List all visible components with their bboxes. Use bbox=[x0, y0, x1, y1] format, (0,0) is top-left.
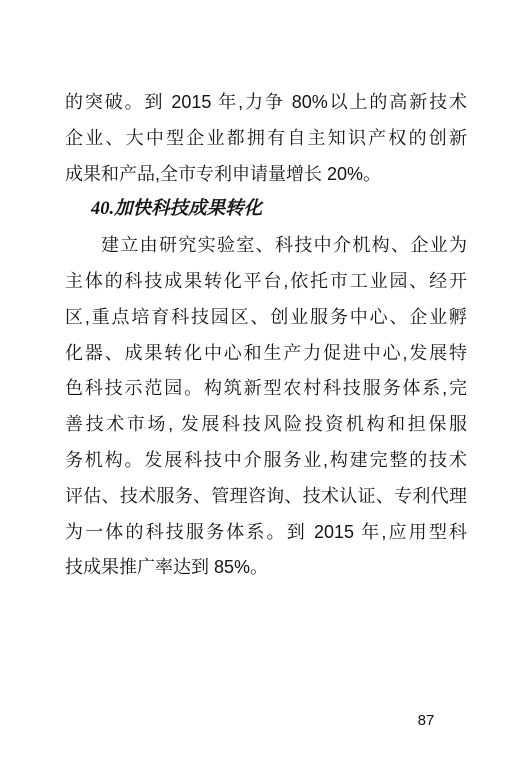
para2-line: 建立由研究实验室、科技中介机构、企业为 bbox=[65, 228, 467, 264]
para2-line: 区,重点培育科技园区、创业服务中心、企业孵 bbox=[65, 300, 467, 336]
para2-line: 色科技示范园。构筑新型农村科技服务体系,完 bbox=[65, 371, 467, 407]
para2-line: 技成果推广率达到 85%。 bbox=[65, 550, 467, 586]
para2-line: 为一体的科技服务体系。到 2015 年,应用型科 bbox=[65, 515, 467, 551]
para2-line: 化器、成果转化中心和生产力促进中心,发展特 bbox=[65, 336, 467, 372]
para1-line: 的突破。到 2015 年,力争 80%以上的高新技术 bbox=[65, 85, 467, 121]
para2-line: 评估、技术服务、管理咨询、技术认证、专利代理 bbox=[65, 479, 467, 515]
book-page: 的突破。到 2015 年,力争 80%以上的高新技术 企业、大中型企业都拥有自主… bbox=[0, 0, 529, 774]
para2-line: 务机构。发展科技中介服务业,构建完整的技术 bbox=[65, 443, 467, 479]
para2-line: 主体的科技成果转化平台,依托市工业园、经开 bbox=[65, 264, 467, 300]
page-number: 87 bbox=[404, 712, 448, 729]
para2-line: 善技术市场, 发展科技风险投资机构和担保服 bbox=[65, 407, 467, 443]
para1-line: 成果和产品,全市专利申请量增长 20%。 bbox=[65, 157, 467, 193]
text-block: 的突破。到 2015 年,力争 80%以上的高新技术 企业、大中型企业都拥有自主… bbox=[65, 85, 467, 586]
para1-line: 企业、大中型企业都拥有自主知识产权的创新 bbox=[65, 121, 467, 157]
section-heading: 40.加快科技成果转化 bbox=[65, 192, 467, 228]
